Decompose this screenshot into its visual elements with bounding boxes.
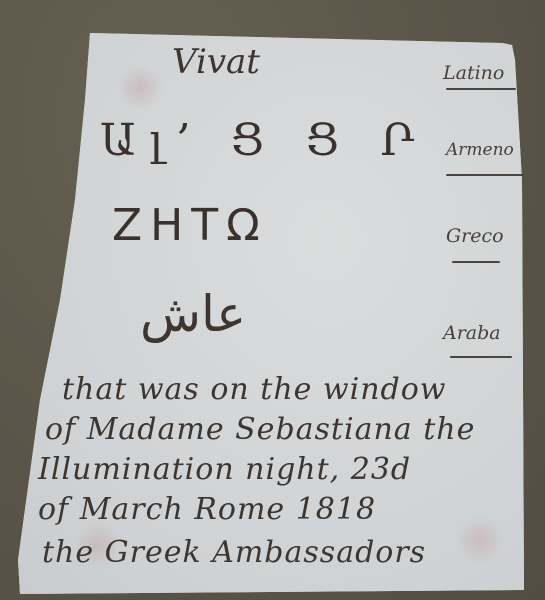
arabic-inscription: عاش [140,285,246,343]
label-latin: Latino [443,62,504,84]
underline-armenian [446,174,524,176]
underline-greek [452,261,500,263]
stain [115,65,165,110]
label-armenian: Armeno [446,140,514,160]
underline-arabic [450,356,512,358]
note-line-5: the Greek Ambassadors [42,535,426,570]
document-title: Vivat [172,42,260,82]
label-greek: Greco [446,225,504,247]
label-arabic: Araba [443,322,501,344]
underline-latin [446,88,516,90]
greek-inscription: ZHTΩ [112,200,268,251]
note-line-3: Illumination night, 23d [38,452,411,487]
stain [455,515,505,565]
note-line-4: of March Rome 1818 [38,492,376,527]
note-line-1: that was on the window [62,372,446,407]
armenian-inscription: Ալ՚ Ց Ց Ր [100,115,429,166]
note-line-2: of Madame Sebastiana the [45,412,475,447]
